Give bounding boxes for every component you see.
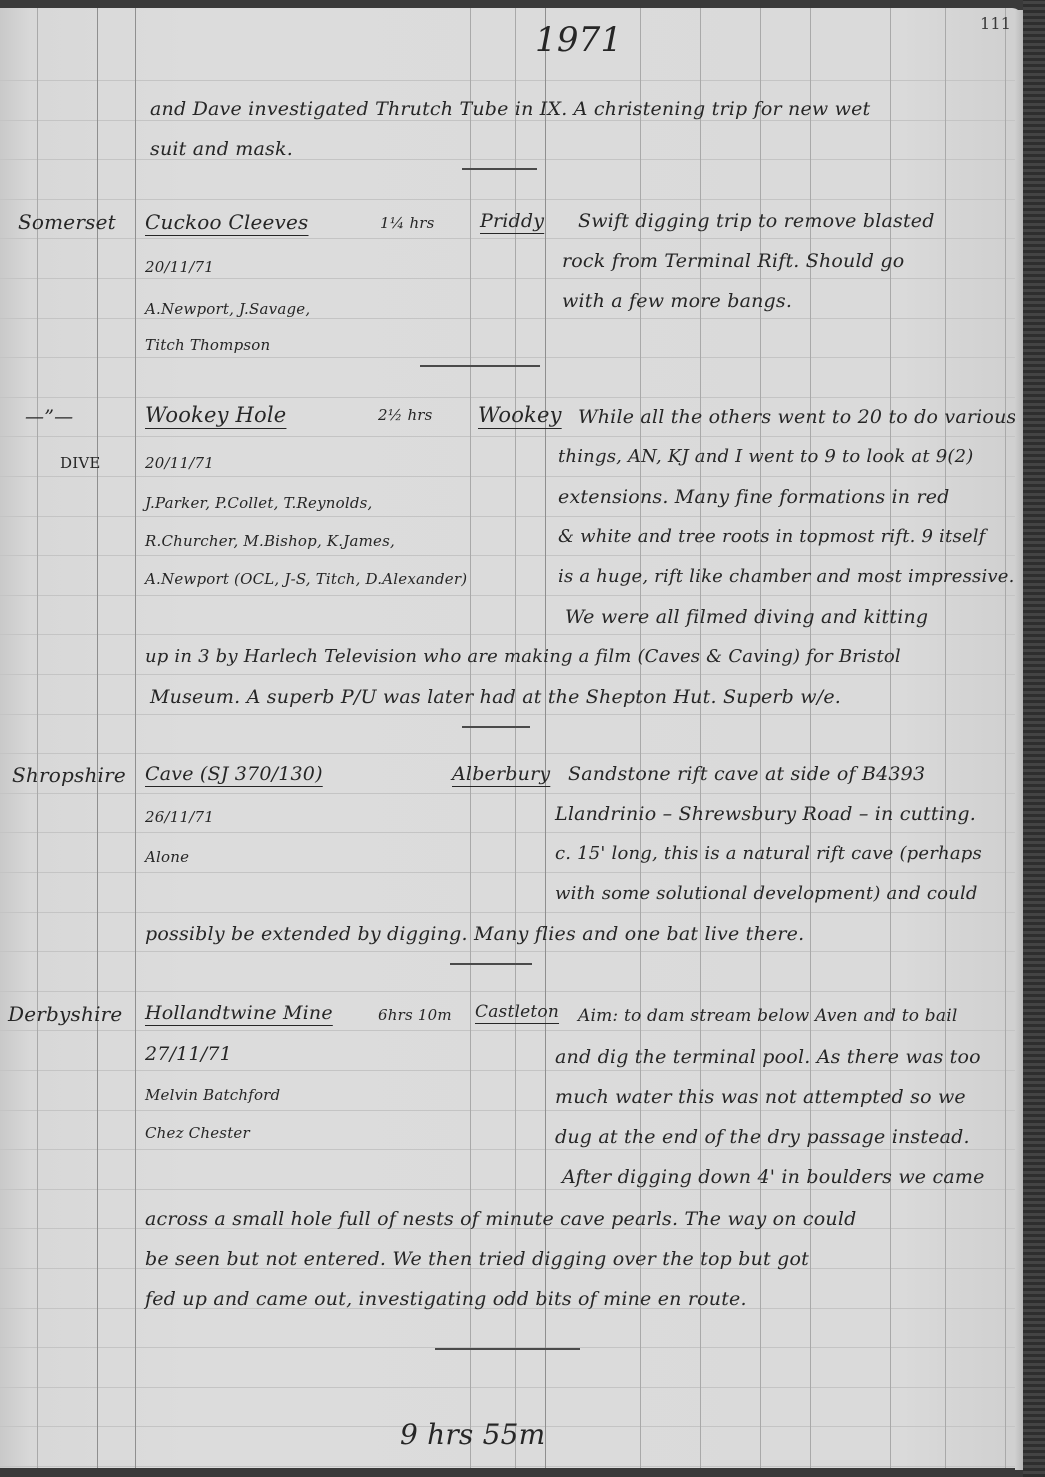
entry-county: Somerset	[18, 210, 116, 234]
entry-description: After digging down 4' in boulders we cam…	[562, 1166, 985, 1188]
ruled-line	[0, 436, 1022, 437]
entry-county: Derbyshire	[8, 1002, 122, 1026]
ruled-line	[0, 951, 1022, 952]
entry-description: and dig the terminal pool. As there was …	[555, 1046, 981, 1068]
ruled-line	[0, 1387, 1022, 1388]
entry-party: A.Newport (OCL, J-S, Titch, D.Alexander)	[145, 570, 467, 588]
entry-party: J.Parker, P.Collet, T.Reynolds,	[145, 494, 373, 512]
logbook-page: 1971 111 and Dave investigated Thrutch T…	[0, 8, 1022, 1468]
entry-continuation: possibly be extended by digging. Many fl…	[145, 923, 804, 945]
separator	[435, 1348, 580, 1350]
entry-location: Alberbury	[452, 763, 550, 785]
continuation-line: and Dave investigated Thrutch Tube in IX…	[150, 98, 870, 120]
column-rule	[1005, 8, 1006, 1468]
separator	[420, 365, 540, 367]
ruled-line	[0, 357, 1022, 358]
ruled-line	[0, 1030, 1022, 1031]
entry-party: A.Newport, J.Savage,	[145, 300, 310, 318]
entry-county: Shropshire	[12, 763, 126, 787]
ruled-line	[0, 674, 1022, 675]
entry-description: with some solutional development) and co…	[555, 883, 978, 904]
entry-date: 20/11/71	[145, 258, 214, 276]
ruled-line	[0, 476, 1022, 477]
entry-continuation: fed up and came out, investigating odd b…	[145, 1288, 747, 1310]
ruled-line	[0, 595, 1022, 596]
entry-continuation: be seen but not entered. We then tried d…	[145, 1248, 809, 1270]
ruled-line	[0, 714, 1022, 715]
entry-description: Sandstone rift cave at side of B4393	[568, 763, 925, 785]
entry-description: things, AN, KJ and I went to 9 to look a…	[558, 446, 973, 467]
ruled-line	[0, 1149, 1022, 1150]
entry-date: 26/11/71	[145, 808, 214, 826]
ruled-line	[0, 634, 1022, 635]
entry-location: Priddy	[480, 210, 544, 232]
entry-cave-name: Wookey Hole	[145, 403, 286, 427]
entry-party: Titch Thompson	[145, 336, 270, 354]
entry-description: Llandrinio – Shrewsbury Road – in cuttin…	[555, 803, 976, 825]
entry-date: 27/11/71	[145, 1043, 232, 1065]
column-rule	[135, 8, 136, 1468]
page-year: 1971	[535, 20, 622, 60]
notebook-binding	[1023, 0, 1045, 1477]
separator	[462, 168, 537, 170]
ruled-line	[0, 912, 1022, 913]
entry-cave-name: Hollandtwine Mine	[145, 1002, 333, 1024]
continuation-line: suit and mask.	[150, 138, 293, 160]
ruled-line	[0, 278, 1022, 279]
entry-description: Aim: to dam stream below Aven and to bai…	[578, 1006, 958, 1026]
entry-county: —”—	[25, 406, 73, 428]
entry-description: extensions. Many fine formations in red	[558, 486, 950, 508]
entry-description: Swift digging trip to remove blasted	[578, 210, 935, 232]
entry-party: R.Churcher, M.Bishop, K.James,	[145, 532, 395, 550]
entry-location: Castleton	[475, 1002, 559, 1022]
entry-description: dug at the end of the dry passage instea…	[555, 1126, 970, 1148]
ruled-line	[0, 516, 1022, 517]
ruled-line	[0, 397, 1022, 398]
ruled-line	[0, 199, 1022, 200]
entry-description: & white and tree roots in topmost rift. …	[558, 526, 986, 547]
entry-note: DIVE	[60, 454, 101, 472]
ruled-line	[0, 793, 1022, 794]
entry-cave-name: Cave (SJ 370/130)	[145, 763, 323, 785]
entry-description: We were all filmed diving and kitting	[565, 606, 928, 628]
entry-party: Chez Chester	[145, 1124, 250, 1142]
entry-party: Alone	[145, 848, 189, 866]
ruled-line	[0, 1110, 1022, 1111]
entry-description: rock from Terminal Rift. Should go	[562, 250, 904, 272]
page-edge	[1015, 10, 1023, 1470]
entry-location: Wookey	[478, 403, 562, 427]
ruled-line	[0, 1189, 1022, 1190]
entry-cave-name: Cuckoo Cleeves	[145, 210, 309, 234]
ruled-line	[0, 832, 1022, 833]
entry-description: While all the others went to 20 to do va…	[578, 406, 1016, 428]
column-rule	[945, 8, 946, 1468]
entry-duration: 6hrs 10m	[378, 1006, 452, 1024]
ruled-line	[0, 872, 1022, 873]
entry-duration: 1¼ hrs	[380, 214, 435, 232]
ruled-line	[0, 991, 1022, 992]
page-number: 111	[980, 14, 1011, 33]
ruled-line	[0, 1070, 1022, 1071]
total-time: 9 hrs 55m	[400, 1418, 545, 1451]
ruled-line	[0, 1466, 1022, 1467]
entry-description: c. 15' long, this is a natural rift cave…	[555, 843, 982, 864]
separator	[462, 726, 530, 728]
entry-description: is a huge, rift like chamber and most im…	[558, 566, 1015, 587]
ruled-line	[0, 238, 1022, 239]
separator	[450, 963, 532, 965]
ruled-line	[0, 80, 1022, 81]
ruled-line	[0, 753, 1022, 754]
ruled-line	[0, 120, 1022, 121]
entry-date: 20/11/71	[145, 454, 214, 472]
entry-continuation: across a small hole full of nests of min…	[145, 1208, 857, 1230]
entry-description: much water this was not attempted so we	[555, 1086, 966, 1108]
entry-description: with a few more bangs.	[562, 290, 792, 312]
entry-continuation: Museum. A superb P/U was later had at th…	[150, 686, 841, 708]
entry-duration: 2½ hrs	[378, 406, 433, 424]
ruled-line	[0, 318, 1022, 319]
entry-continuation: up in 3 by Harlech Television who are ma…	[145, 646, 901, 667]
entry-party: Melvin Batchford	[145, 1086, 280, 1104]
ruled-line	[0, 555, 1022, 556]
